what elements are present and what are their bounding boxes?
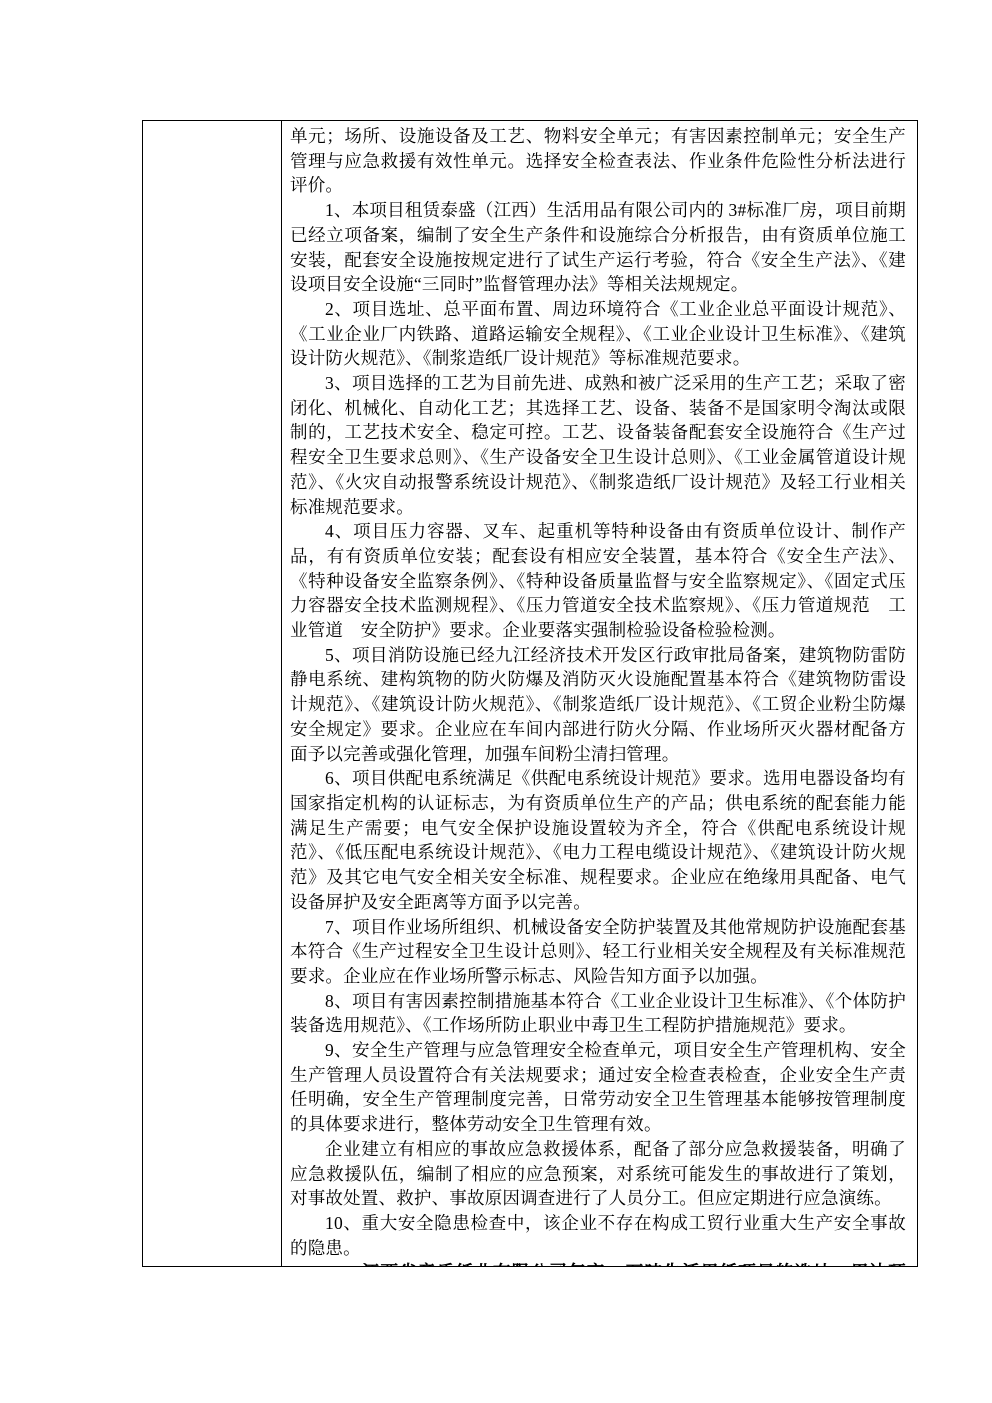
paragraph-item-8: 8、项目有害因素控制措施基本符合《工业企业设计卫生标准》、《个体防护装备选用规范… <box>290 989 906 1038</box>
paragraph-item-4: 4、项目压力容器、叉车、起重机等特种设备由有资质单位设计、制作产品，有有资质单位… <box>290 519 906 643</box>
paragraph-item-6: 6、项目供配电系统满足《供配电系统设计规范》要求。选用电器设备均有国家指定机构的… <box>290 766 906 914</box>
table-left-cell <box>143 121 282 1266</box>
paragraph-item-10: 10、重大安全隐患检查中，该企业不存在构成工贸行业重大生产安全事故的隐患。 <box>290 1211 906 1260</box>
paragraph-item-3: 3、项目选择的工艺为目前先进、成熟和被广泛采用的生产工艺；采取了密闭化、机械化、… <box>290 371 906 519</box>
paragraph-item-2: 2、项目选址、总平面布置、周边环境符合《工业企业总平面设计规范》、《工业企业厂内… <box>290 297 906 371</box>
paragraph-item-11-bold: 11、江西省章氏纸业有限公司年产 1 万吨生活用纸项目的选址、周边环境、总图运输… <box>290 1260 906 1266</box>
paragraph-item-7: 7、项目作业场所组织、机械设备安全防护装置及其他常规防护设施配套基本符合《生产过… <box>290 915 906 989</box>
paragraph-emergency-rescue: 企业建立有相应的事故应急救援体系，配备了部分应急救援装备，明确了应急救援队伍，编… <box>290 1137 906 1211</box>
document-page: 单元；场所、设施设备及工艺、物料安全单元；有害因素控制单元；安全生产管理与应急救… <box>0 0 992 1403</box>
paragraph-item-5: 5、项目消防设施已经九江经济技术开发区行政审批局备案，建筑物防雷防静电系统、建构… <box>290 643 906 767</box>
paragraph-item-9: 9、安全生产管理与应急管理安全检查单元，项目安全生产管理机构、安全生产管理人员设… <box>290 1038 906 1137</box>
paragraph-item-1: 1、本项目租赁泰盛（江西）生活用品有限公司内的 3#标准厂房，项目前期已经立项备… <box>290 198 906 297</box>
table-content-cell: 单元；场所、设施设备及工艺、物料安全单元；有害因素控制单元；安全生产管理与应急救… <box>282 121 917 1266</box>
evaluation-table: 单元；场所、设施设备及工艺、物料安全单元；有害因素控制单元；安全生产管理与应急救… <box>142 120 918 1267</box>
paragraph-continuation: 单元；场所、设施设备及工艺、物料安全单元；有害因素控制单元；安全生产管理与应急救… <box>290 124 906 198</box>
